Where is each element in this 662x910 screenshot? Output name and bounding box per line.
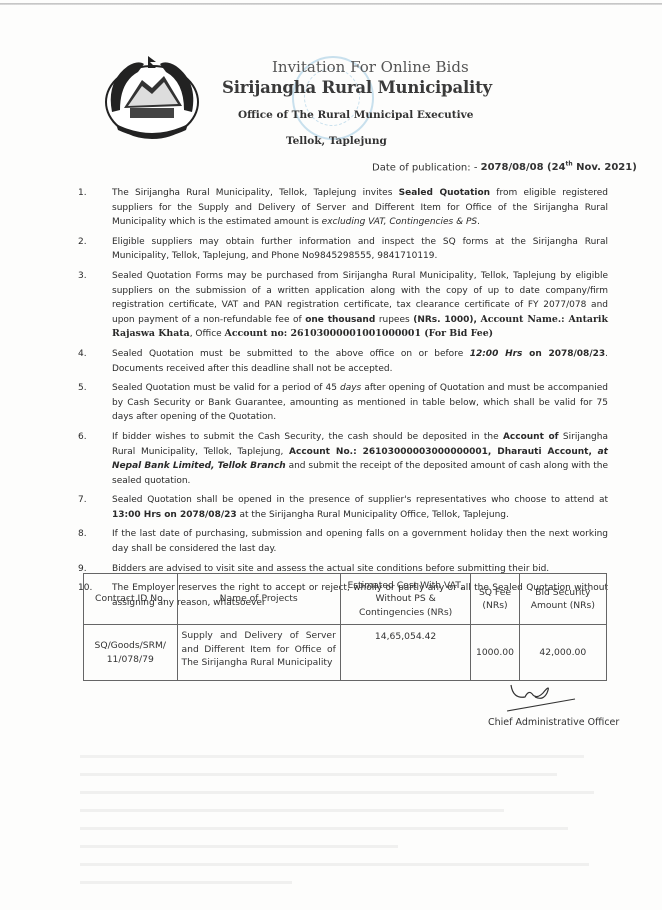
notice-item: 4.Sealed Quotation must be submitted to … xyxy=(78,347,608,376)
notice-item: 8.If the last date of purchasing, submis… xyxy=(78,527,608,556)
item-text: Eligible suppliers may obtain further in… xyxy=(112,235,608,264)
notice-item: 2.Eligible suppliers may obtain further … xyxy=(78,235,608,264)
item-text: The Sirijangha Rural Municipality, Tello… xyxy=(112,186,608,230)
page-top-edge xyxy=(0,3,662,5)
table-header-row: Contract ID No. Name of Projects Estimat… xyxy=(84,574,607,625)
item-text: Sealed Quotation Forms may be purchased … xyxy=(112,269,608,342)
publication-label: Date of publication: - xyxy=(372,162,481,173)
bleed-through-text xyxy=(80,740,610,900)
table-row: SQ/Goods/SRM/ 11/078/79 Supply and Deliv… xyxy=(84,625,607,681)
item-number: 5. xyxy=(78,381,112,425)
office-name: Office of The Rural Municipal Executive xyxy=(238,109,473,121)
cell-sq-fee: 1000.00 xyxy=(471,625,519,681)
notice-item: 6.If bidder wishes to submit the Cash Se… xyxy=(78,430,608,488)
item-text: Sealed Quotation must be submitted to th… xyxy=(112,347,608,376)
item-number: 2. xyxy=(78,235,112,264)
notice-items-list: 1.The Sirijangha Rural Municipality, Tel… xyxy=(78,186,608,615)
organization-name: Sirijangha Rural Municipality xyxy=(222,78,492,97)
cell-contract-id: SQ/Goods/SRM/ 11/078/79 xyxy=(84,625,178,681)
cell-estimated-cost: 14,65,054.42 xyxy=(340,625,470,681)
item-number: 1. xyxy=(78,186,112,230)
signature-icon xyxy=(507,683,577,713)
col-bid-security: Bid Security Amount (NRs) xyxy=(519,574,606,625)
item-text: If the last date of purchasing, submissi… xyxy=(112,527,608,556)
document-title: Invitation For Online Bids xyxy=(272,58,469,76)
office-address: Tellok, Taplejung xyxy=(286,135,387,147)
item-number: 8. xyxy=(78,527,112,556)
notice-item: 1.The Sirijangha Rural Municipality, Tel… xyxy=(78,186,608,230)
notice-item: 7.Sealed Quotation shall be opened in th… xyxy=(78,493,608,522)
item-text: If bidder wishes to submit the Cash Secu… xyxy=(112,430,608,488)
signatory-title: Chief Administrative Officer xyxy=(488,717,619,728)
col-contract-id: Contract ID No. xyxy=(84,574,178,625)
nepal-emblem-icon xyxy=(98,52,206,144)
col-estimated-cost: Estimated Cost With VAT, Without PS & Co… xyxy=(340,574,470,625)
item-number: 6. xyxy=(78,430,112,488)
col-sq-fee: SQ Fee (NRs) xyxy=(471,574,519,625)
item-number: 7. xyxy=(78,493,112,522)
publication-date: Date of publication: - 2078/08/08 (24th … xyxy=(372,161,637,173)
notice-item: 5.Sealed Quotation must be valid for a p… xyxy=(78,381,608,425)
item-text: Sealed Quotation must be valid for a per… xyxy=(112,381,608,425)
cell-project-name: Supply and Delivery of Server and Differ… xyxy=(177,625,340,681)
col-project-name: Name of Projects xyxy=(177,574,340,625)
item-number: 3. xyxy=(78,269,112,342)
notice-item: 3.Sealed Quotation Forms may be purchase… xyxy=(78,269,608,342)
cell-bid-security: 42,000.00 xyxy=(519,625,606,681)
bid-table: Contract ID No. Name of Projects Estimat… xyxy=(83,573,607,681)
item-number: 4. xyxy=(78,347,112,376)
item-text: Sealed Quotation shall be opened in the … xyxy=(112,493,608,522)
publication-date-value: 2078/08/08 (24th Nov. 2021) xyxy=(481,162,637,173)
